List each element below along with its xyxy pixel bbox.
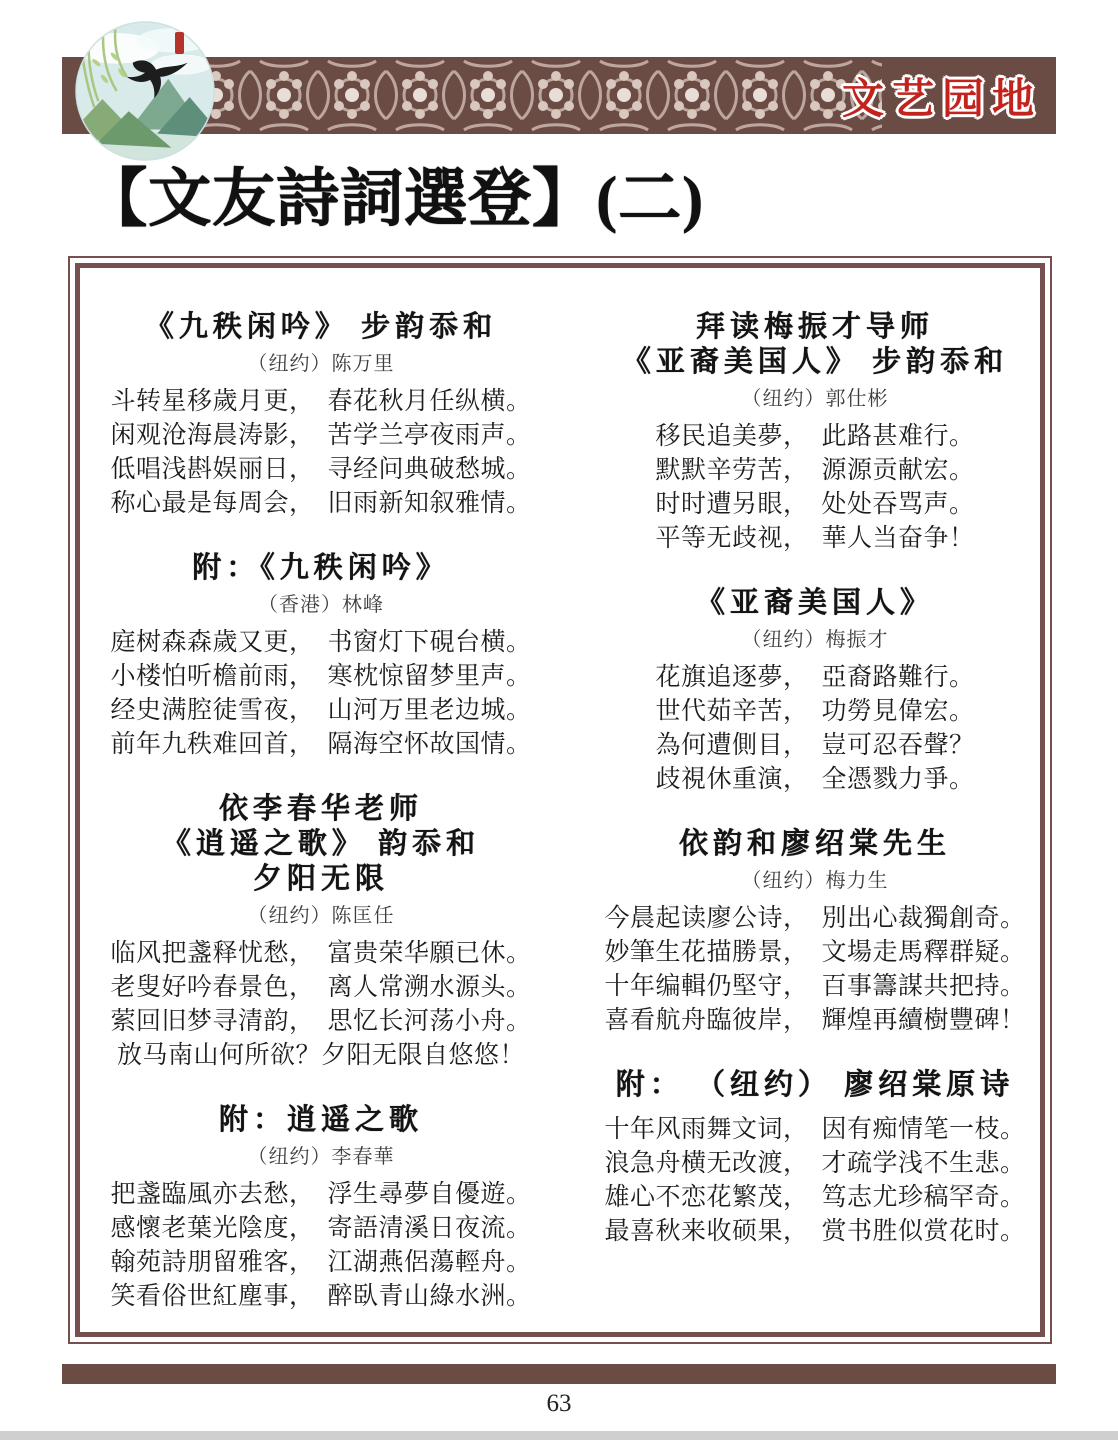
poem-line: 十年风雨舞文词， 因有痴情笔一枝。 — [592, 1113, 1038, 1147]
poem: 附：《九秩闲吟》（香港）林峰庭树森森歲又更， 书窗灯下硯台横。小楼怕听檐前雨， … — [98, 551, 544, 762]
poem-line: 十年编輯仍堅守， 百事籌謀共把持。 — [592, 970, 1038, 1004]
footer-rule-bar — [62, 1364, 1056, 1384]
poem-line: 临风把盞释忧愁， 富贵荣华願已休。 — [98, 937, 544, 971]
poems-box: 《九秩闲吟》 步韵忝和（纽约）陈万里斗转星移歲月更， 春花秋月任纵横。闲观沧海晨… — [68, 256, 1052, 1344]
poem-author: （纽约）陈万里 — [98, 349, 544, 379]
poem-title-line: 依李春华老师 — [98, 792, 544, 827]
poem: 《九秩闲吟》 步韵忝和（纽约）陈万里斗转星移歲月更， 春花秋月任纵横。闲观沧海晨… — [98, 310, 544, 521]
poem-line: 老叟好吟春景色， 离人常溯水源头。 — [98, 971, 544, 1005]
red-seal-icon — [175, 32, 184, 54]
poem-line: 花旗追逐夢， 亞裔路難行。 — [592, 661, 1038, 695]
poem-line: 今晨起读廖公诗， 別出心裁獨創奇。 — [592, 902, 1038, 936]
poem-line: 庭树森森歲又更， 书窗灯下硯台横。 — [98, 626, 544, 660]
page-number: 63 — [0, 1390, 1118, 1418]
poem-line: 妙筆生花描勝景， 文場走馬釋群疑。 — [592, 936, 1038, 970]
poem-title-line: 依韵和廖绍棠先生 — [592, 827, 1038, 862]
poem-line: 平等无歧视， 華人当奋争！ — [592, 522, 1038, 556]
poem-line: 前年九秩难回首， 隔海空怀故国情。 — [98, 728, 544, 762]
poem-line: 经史满腔徒雪夜， 山河万里老边城。 — [98, 694, 544, 728]
poem-lines: 移民追美夢， 此路甚难行。默默辛劳苦， 源源贡献宏。时时遭另眼， 处处吞骂声。平… — [592, 420, 1038, 556]
poem-line: 為何遭側目， 豈可忍吞聲？ — [592, 729, 1038, 763]
poem-line: 把盞臨風亦去愁， 浮生尋夢自優遊。 — [98, 1178, 544, 1212]
poem-lines: 庭树森森歲又更， 书窗灯下硯台横。小楼怕听檐前雨， 寒枕惊留梦里声。经史满腔徒雪… — [98, 626, 544, 762]
section-label: 文艺园地 — [842, 66, 1042, 126]
poem-title-line: 附：逍遥之歌 — [98, 1103, 544, 1138]
poem-line: 称心最是每周会， 旧雨新知叙雅情。 — [98, 487, 544, 521]
poem-author: （纽约）李春華 — [98, 1142, 544, 1172]
magazine-page: 文艺园地 — [0, 0, 1118, 1440]
poem-line: 笑看俗世紅塵事， 醉臥青山綠水洲。 — [98, 1280, 544, 1314]
poem-lines: 把盞臨風亦去愁， 浮生尋夢自優遊。感懷老葉光陰度， 寄語清溪日夜流。翰苑詩朋留雅… — [98, 1178, 544, 1314]
poem-title-line: 《亚裔美国人》 — [592, 586, 1038, 621]
lattice-pattern-icon — [182, 57, 882, 134]
poem-line: 移民追美夢， 此路甚难行。 — [592, 420, 1038, 454]
poems-box-inner-border: 《九秩闲吟》 步韵忝和（纽约）陈万里斗转星移歲月更， 春花秋月任纵横。闲观沧海晨… — [75, 263, 1045, 1337]
poem-lines: 斗转星移歲月更， 春花秋月任纵横。闲观沧海晨涛影， 苦学兰亭夜雨声。低唱浅斟娱丽… — [98, 385, 544, 521]
poem-lines: 临风把盞释忧愁， 富贵荣华願已休。老叟好吟春景色， 离人常溯水源头。萦回旧梦寻清… — [98, 937, 544, 1073]
poem-line: 闲观沧海晨涛影， 苦学兰亭夜雨声。 — [98, 419, 544, 453]
poem: 附：逍遥之歌（纽约）李春華把盞臨風亦去愁， 浮生尋夢自優遊。感懷老葉光陰度， 寄… — [98, 1103, 544, 1314]
poem-line: 小楼怕听檐前雨， 寒枕惊留梦里声。 — [98, 660, 544, 694]
poem-title-line: 《亚裔美国人》 步韵忝和 — [592, 345, 1038, 380]
poem-line: 时时遭另眼， 处处吞骂声。 — [592, 488, 1038, 522]
poem-title-line: 附：《九秩闲吟》 — [98, 551, 544, 586]
poem-line: 萦回旧梦寻清韵， 思忆长河荡小舟。 — [98, 1005, 544, 1039]
poem: 附： （纽约） 廖绍棠原诗十年风雨舞文词， 因有痴情笔一枝。浪急舟横无改渡， 才… — [592, 1068, 1038, 1249]
poem-title-line: 《九秩闲吟》 步韵忝和 — [98, 310, 544, 345]
poem-line: 放马南山何所欲？夕阳无限自悠悠！ — [98, 1039, 544, 1073]
poem-column-left: 《九秩闲吟》 步韵忝和（纽约）陈万里斗转星移歲月更， 春花秋月任纵横。闲观沧海晨… — [98, 310, 544, 1344]
page-edge-strip — [0, 1431, 1118, 1440]
page-title: 【文友詩詞選登】(二) — [84, 148, 704, 239]
poem-line: 低唱浅斟娱丽日， 寻经问典破愁城。 — [98, 453, 544, 487]
poem-title-line: 《逍遥之歌》 韵忝和 — [98, 827, 544, 862]
poem-column-right: 拜读梅振才导师《亚裔美国人》 步韵忝和（纽约）郭仕彬移民追美夢， 此路甚难行。默… — [592, 310, 1038, 1279]
poem-line: 浪急舟横无改渡， 才疏学浅不生悲。 — [592, 1147, 1038, 1181]
poem-title-line: 夕阳无限 — [98, 862, 544, 897]
poem-line: 默默辛劳苦， 源源贡献宏。 — [592, 454, 1038, 488]
poem-line: 世代茹辛苦， 功勞見偉宏。 — [592, 695, 1038, 729]
poem: 依韵和廖绍棠先生（纽约）梅力生今晨起读廖公诗， 別出心裁獨創奇。妙筆生花描勝景，… — [592, 827, 1038, 1038]
poem-line: 雄心不恋花繁茂， 笃志尤珍稿罕奇。 — [592, 1181, 1038, 1215]
poem-author: （纽约）梅力生 — [592, 866, 1038, 896]
poem: 拜读梅振才导师《亚裔美国人》 步韵忝和（纽约）郭仕彬移民追美夢， 此路甚难行。默… — [592, 310, 1038, 556]
poem-author: （纽约）陈匡任 — [98, 901, 544, 931]
poem-line: 喜看航舟臨彼岸， 輝煌再續樹豐碑！ — [592, 1004, 1038, 1038]
poem-line: 歧視休重演， 全憑戮力爭。 — [592, 763, 1038, 797]
poem-lines: 今晨起读廖公诗， 別出心裁獨創奇。妙筆生花描勝景， 文場走馬釋群疑。十年编輯仍堅… — [592, 902, 1038, 1038]
poem-lines: 花旗追逐夢， 亞裔路難行。世代茹辛苦， 功勞見偉宏。為何遭側目， 豈可忍吞聲？歧… — [592, 661, 1038, 797]
poem-lines: 十年风雨舞文词， 因有痴情笔一枝。浪急舟横无改渡， 才疏学浅不生悲。雄心不恋花繁… — [592, 1113, 1038, 1249]
poem: 依李春华老师《逍遥之歌》 韵忝和夕阳无限（纽约）陈匡任临风把盞释忧愁， 富贵荣华… — [98, 792, 544, 1073]
poem-author: （纽约）梅振才 — [592, 625, 1038, 655]
poem-line: 最喜秋来收硕果， 赏书胜似赏花时。 — [592, 1215, 1038, 1249]
poem-title-line: 附： （纽约） 廖绍棠原诗 — [592, 1068, 1038, 1103]
poem-author: （纽约）郭仕彬 — [592, 384, 1038, 414]
poem-title-line: 拜读梅振才导师 — [592, 310, 1038, 345]
poem-author: （香港）林峰 — [98, 590, 544, 620]
poem: 《亚裔美国人》（纽约）梅振才花旗追逐夢， 亞裔路難行。世代茹辛苦， 功勞見偉宏。… — [592, 586, 1038, 797]
poem-line: 翰苑詩朋留雅客， 江湖燕侶蕩輕舟。 — [98, 1246, 544, 1280]
poem-line: 感懷老葉光陰度， 寄語清溪日夜流。 — [98, 1212, 544, 1246]
landscape-swallow-logo-icon — [74, 20, 216, 162]
poem-line: 斗转星移歲月更， 春花秋月任纵横。 — [98, 385, 544, 419]
